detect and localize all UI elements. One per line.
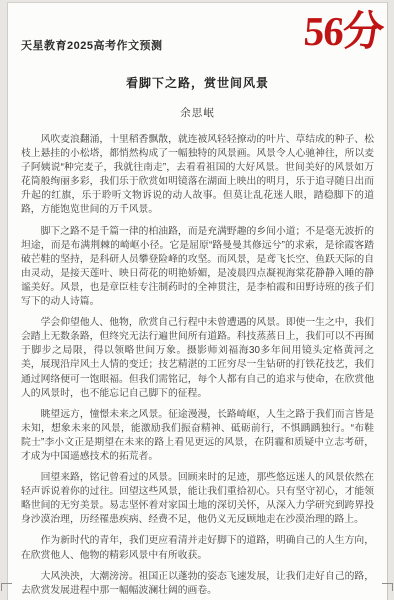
essay-paragraph-4: 眺望远方，憧憬未来之风景。征途漫漫，长路崎岖，人生之路于我们而言皆是未知，想象未… — [21, 408, 374, 464]
essay-paragraph-1: 风吹麦浪翻涌，十里稻香飘散，就连被风轻轻撩动的叶片、草结成的种子、松枝上悬挂的小… — [21, 133, 374, 218]
author-name: 余思岷 — [21, 105, 374, 120]
essay-paragraph-3: 学会仰望他人、他物，欣赏自己行程中未曾遭遇的风景。即使一生之中，我们会踏上无数条… — [21, 316, 374, 401]
score-badge: 56分 — [303, 11, 385, 52]
essay-paragraph-6: 作为新时代的青年，我们更应看清并走好脚下的道路，明确自己的人生方向，在欣赏他人、… — [21, 534, 374, 562]
scan-frame-corner-right — [382, 583, 393, 591]
essay-paragraph-2: 脚下之路不是千篇一律的柏油路，而是充满野趣的乡间小道；不是毫无波折的坦途，而是布… — [21, 225, 374, 310]
scan-frame-corner-left — [1, 583, 12, 591]
essay-paragraph-7: 大风泱泱，大潮滂滂。祖国正以蓬勃的姿态飞速发展，让我们走好自己的路，去欣赏发展进… — [21, 570, 374, 598]
essay-body: 风吹麦浪翻涌，十里稻香飘散，就连被风轻轻撩动的叶片、草结成的种子、松枝上悬挂的小… — [21, 133, 374, 598]
essay-title: 看脚下之路，赏世间风景 — [21, 74, 374, 91]
essay-page-sheet: 天星教育2025高考作文预测 56分 看脚下之路，赏世间风景 余思岷 风吹麦浪翻… — [7, 2, 388, 600]
essay-paragraph-5: 回望来路，铭记曾看过的风景。回顾来时的足迹，那些悠远迷人的风景依然在轻声诉说着你… — [21, 471, 374, 527]
